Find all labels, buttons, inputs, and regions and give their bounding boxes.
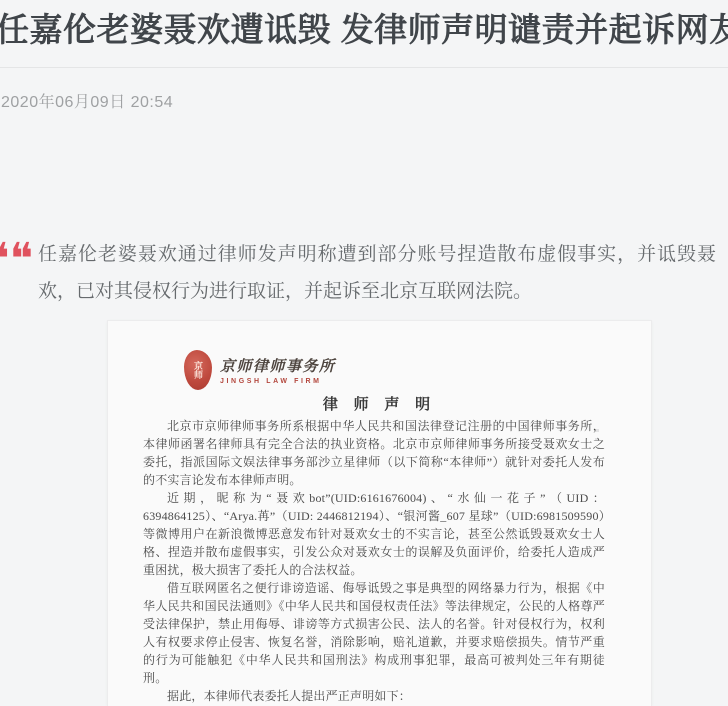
law-firm-seal-icon: 京师 xyxy=(184,350,212,390)
statement-paragraph: 据此，本律师代表委托人提出严正声明如下： xyxy=(143,687,605,705)
article-title: 任嘉伦老婆聂欢遭诋毁 发律师声明谴责并起诉网友 xyxy=(0,4,728,51)
publish-date: 2020年06月09日 20:54 xyxy=(1,89,173,112)
law-firm-name-cn: 京师律师事务所 xyxy=(220,355,336,376)
lawyer-statement-image[interactable]: 京师 京师律师事务所 JINGSH LAW FIRM 律 师 声 明 北京市京师… xyxy=(107,320,652,706)
law-firm-name-en: JINGSH LAW FIRM xyxy=(220,378,336,385)
statement-body: 北京市京师律师事务所系根据中华人民共和国法律登记注册的中国律师事务所，本律师函署… xyxy=(143,417,605,705)
statement-paragraph: 近期，昵称为“聂欢bot”(UID:6161676004)、“水仙一花子”（UI… xyxy=(143,489,605,579)
statement-paragraph: 北京市京师律师事务所系根据中华人民共和国法律登记注册的中国律师事务所，本律师函署… xyxy=(143,417,605,489)
article-page: { "article": { "title": "任嘉伦老婆聂欢遭诋毁 发律师声… xyxy=(0,0,728,706)
summary-text: 任嘉伦老婆聂欢通过律师发声明称遭到部分账号捏造散布虚假事实，并诋毁聂欢，已对其侵… xyxy=(38,236,716,310)
header-divider xyxy=(0,67,728,68)
quote-icon: ❝❝ xyxy=(0,240,34,280)
law-firm-logo: 京师 京师律师事务所 JINGSH LAW FIRM xyxy=(184,349,336,391)
statement-title: 律 师 声 明 xyxy=(108,393,651,414)
seal-text: 京师 xyxy=(193,361,203,379)
statement-paragraph: 借互联网匿名之便行诽谤造谣、侮辱诋毁之事是典型的网络暴力行为，根据《中华人民共和… xyxy=(143,579,605,687)
